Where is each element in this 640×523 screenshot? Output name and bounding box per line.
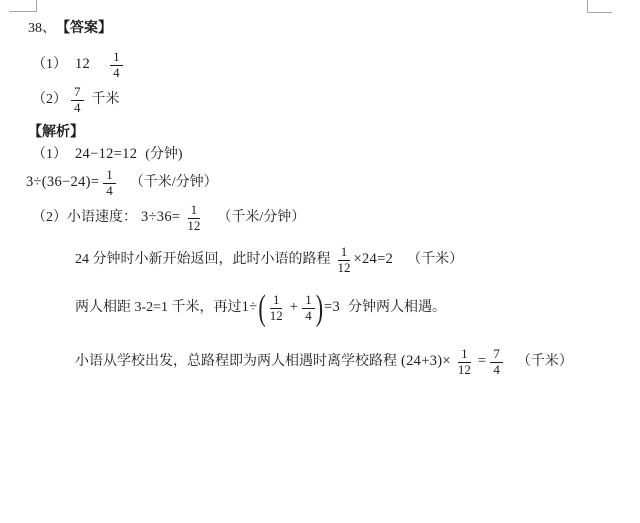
fraction-numerator: 7 [490, 347, 503, 363]
step6-unit: （千米） [517, 354, 573, 371]
step5-fraction2: 1 4 [302, 293, 315, 323]
step6-text-pre: 小语从学校出发，总路程即为两人相遇时离学校路程 [75, 354, 397, 371]
fraction-denominator: 12 [455, 363, 474, 378]
step5-text-pre: 两人相距 3-2=1 千米，再过 [75, 300, 242, 317]
fraction-numerator: 7 [71, 85, 84, 101]
fraction-denominator: 4 [490, 363, 503, 378]
answer1-label: （1） [32, 57, 67, 74]
plus-operator: + [290, 299, 298, 316]
step5-fraction1: 1 12 [267, 293, 286, 323]
fraction-denominator: 12 [335, 261, 354, 276]
step2-line: 3÷(36−24)= 1 4 （千米/分钟） [26, 165, 218, 201]
answer2-unit: 千米 [92, 92, 120, 109]
step4-fraction: 1 12 [335, 245, 354, 275]
step5-line: 两人相距 3-2=1 千米，再过 1÷ ( 1 12 + 1 4 ) =3 分钟… [75, 288, 446, 328]
step3-label: （2） [32, 210, 67, 227]
step1-line: （1） 24−12=12 (分钟) [32, 146, 183, 164]
equals-sign: = [478, 353, 486, 370]
step3-line: （2） 小语速度： 3÷36= 1 12 （千米/分钟） [32, 200, 305, 236]
open-paren: ( [257, 290, 266, 326]
answer1-value: 12 [75, 56, 90, 73]
step1-label: （1） [32, 147, 67, 164]
answer2-line: （2） 7 4 千米 [32, 82, 120, 118]
answer-header: 【答案】 [56, 21, 112, 38]
fraction-denominator: 4 [71, 101, 84, 116]
step5-text-post: 分钟两人相遇。 [348, 300, 446, 317]
fraction-denominator: 4 [103, 184, 116, 199]
fraction-denominator: 4 [302, 309, 315, 324]
step3-text: 小语速度： [67, 210, 137, 227]
step4-text: 24 分钟时小新开始返回，此时小语的路程 [75, 252, 331, 269]
fraction-numerator: 1 [338, 245, 351, 261]
fraction-denominator: 12 [267, 309, 286, 324]
fraction-denominator: 4 [110, 66, 123, 81]
step2-unit: （千米/分钟） [130, 175, 218, 192]
step2-fraction: 1 4 [103, 168, 116, 198]
fraction-numerator: 1 [103, 168, 116, 184]
answer1-fraction: 1 4 [110, 50, 123, 80]
analysis-header: 【解析】 [28, 125, 84, 142]
answer-header-line: 38、 【答案】 [28, 20, 112, 38]
answer2-label: （2） [32, 92, 67, 109]
step6-line: 小语从学校出发，总路程即为两人相遇时离学校路程 (24+3)× 1 12 = 7… [75, 344, 573, 380]
close-paren: ) [315, 290, 324, 326]
text-boundary-corner-top-right [587, 0, 612, 13]
step2-formula: 3÷(36−24)= [26, 174, 99, 191]
document-page: 38、 【答案】 （1） 12 1 4 （2） 7 4 千米 【解析】 （1） … [0, 0, 640, 523]
step3-formula: 3÷36= [141, 209, 180, 226]
fraction-numerator: 1 [458, 347, 471, 363]
step6-fraction2: 7 4 [490, 347, 503, 377]
fraction-numerator: 1 [302, 293, 315, 309]
step5-formula-post: =3 [324, 299, 340, 316]
step3-fraction: 1 12 [184, 203, 203, 233]
fraction-denominator: 12 [184, 219, 203, 234]
answer1-line: （1） 12 1 4 [32, 47, 123, 83]
fraction-numerator: 1 [110, 50, 123, 66]
answer2-fraction: 7 4 [71, 85, 84, 115]
step4-line: 24 分钟时小新开始返回，此时小语的路程 1 12 ×24=2 （千米） [75, 242, 463, 278]
text-boundary-corner-top-left [9, 0, 37, 12]
question-number: 38、 [28, 21, 56, 38]
step6-fraction1: 1 12 [455, 347, 474, 377]
step1-unit: (分钟) [145, 147, 182, 164]
step4-formula: ×24=2 [354, 251, 394, 268]
step3-unit: （千米/分钟） [217, 210, 305, 227]
analysis-header-line: 【解析】 [28, 124, 84, 142]
step1-formula: 24−12=12 [75, 146, 137, 163]
step4-unit: （千米） [407, 252, 463, 269]
step5-formula-pre: 1÷ [242, 299, 258, 316]
fraction-numerator: 1 [188, 203, 201, 219]
fraction-numerator: 1 [270, 293, 283, 309]
step6-formula-pre: (24+3)× [401, 353, 451, 370]
